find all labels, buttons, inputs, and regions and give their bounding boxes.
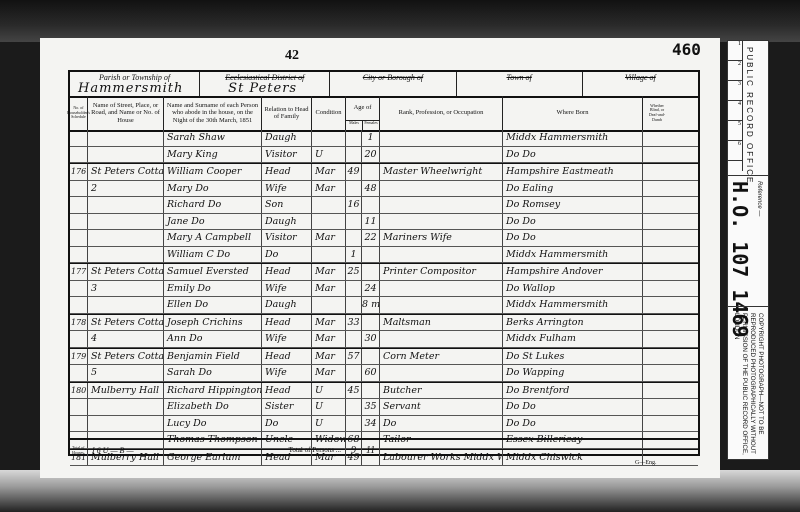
condition: U	[312, 147, 346, 163]
parish-value: Hammersmith	[78, 81, 183, 96]
address: 3	[88, 281, 164, 297]
houses-label: Total of Houses	[72, 445, 88, 455]
where-born: Do Do	[503, 416, 643, 432]
condition: Mar	[312, 164, 346, 180]
blind-deaf	[643, 264, 671, 280]
schedule-number	[70, 214, 88, 230]
female-age	[362, 247, 380, 263]
col-where-born: Where Born	[503, 96, 643, 130]
town-cell: Town of	[457, 72, 583, 96]
condition: Mar	[312, 230, 346, 246]
reference-label: Reference —	[756, 181, 762, 216]
address	[88, 297, 164, 313]
where-born: Hampshire Eastmeath	[503, 164, 643, 180]
person-name: Emily Do	[164, 281, 262, 297]
occupation	[380, 147, 503, 163]
female-age	[362, 349, 380, 365]
col-age: Age of Males Females	[346, 96, 380, 130]
occupation: Corn Meter	[380, 349, 503, 365]
schedule-number	[70, 297, 88, 313]
where-born: Do St Lukes	[503, 349, 643, 365]
census-row: 3 Emily Do Wife Mar 24 Do Wallop	[70, 281, 698, 298]
address	[88, 230, 164, 246]
col-occupation: Rank, Profession, or Occupation	[380, 96, 503, 130]
occupation	[380, 281, 503, 297]
female-age: 60	[362, 365, 380, 381]
schedule-number	[70, 130, 88, 146]
female-age	[362, 164, 380, 180]
person-name: Richard Hippington	[164, 383, 262, 399]
eccl-district-value: St Peters	[228, 81, 297, 96]
where-born: Middx Hammersmith	[503, 130, 643, 146]
where-born: Berks Arrington	[503, 315, 643, 331]
blind-deaf	[643, 399, 671, 415]
male-age	[346, 214, 362, 230]
condition	[312, 247, 346, 263]
address	[88, 130, 164, 146]
office-name: PUBLIC RECORD OFFICE	[745, 47, 754, 184]
col-relation: Relation to Head of Family	[262, 96, 312, 130]
occupation	[380, 247, 503, 263]
condition: Mar	[312, 264, 346, 280]
condition: Mar	[312, 365, 346, 381]
occupation: Printer Compositor	[380, 264, 503, 280]
male-age: 45	[346, 383, 362, 399]
totals-row: Total of Houses I 6 U — B — Total of Per…	[70, 438, 698, 460]
blind-deaf	[643, 349, 671, 365]
occupation: Butcher	[380, 383, 503, 399]
relation: Wife	[262, 365, 312, 381]
relation: Sister	[262, 399, 312, 415]
relation: Son	[262, 197, 312, 213]
city-label: City or Borough of	[330, 73, 455, 82]
person-name: Samuel Eversted	[164, 264, 262, 280]
occupation	[380, 197, 503, 213]
col-name: Name and Surname of each Person who abod…	[164, 96, 262, 130]
relation: Wife	[262, 181, 312, 197]
census-row: Richard Do Son 16 Do Romsey	[70, 197, 698, 214]
relation: Daugh	[262, 297, 312, 313]
col-males: Males	[346, 121, 363, 130]
where-born: Do Do	[503, 214, 643, 230]
person-name: Sarah Do	[164, 365, 262, 381]
person-name: William Cooper	[164, 164, 262, 180]
district-header: Parish or Township of Hammersmith Eccles…	[70, 72, 698, 98]
female-age: 1	[362, 130, 380, 146]
person-name: Mary A Campbell	[164, 230, 262, 246]
census-row: Jane Do Daugh 11 Do Do	[70, 214, 698, 231]
relation: Wife	[262, 331, 312, 347]
female-age	[362, 383, 380, 399]
census-row: 178 St Peters Cottage Joseph Crichins He…	[70, 314, 698, 332]
occupation	[380, 214, 503, 230]
blind-deaf	[643, 365, 671, 381]
where-born: Do Brentford	[503, 383, 643, 399]
occupation: Servant	[380, 399, 503, 415]
census-row: Mary A Campbell Visitor Mar 22 Mariners …	[70, 230, 698, 247]
scan-border-top	[0, 0, 800, 42]
schedule-number	[70, 230, 88, 246]
condition	[312, 214, 346, 230]
male-age	[346, 130, 362, 146]
female-age: 35	[362, 399, 380, 415]
male-age: 33	[346, 315, 362, 331]
where-born: Do Wallop	[503, 281, 643, 297]
relation: Visitor	[262, 147, 312, 163]
parish-cell: Parish or Township of Hammersmith	[70, 72, 200, 96]
address: St Peters Cottage	[88, 264, 164, 280]
address	[88, 247, 164, 263]
condition: Mar	[312, 349, 346, 365]
census-row: William C Do Do 1 Middx Hammersmith	[70, 247, 698, 264]
occupation	[380, 331, 503, 347]
occupation: Master Wheelwright	[380, 164, 503, 180]
address: 4	[88, 331, 164, 347]
condition: U	[312, 399, 346, 415]
record-office-label: 1 2 3 4 5 6 PUBLIC RECORD OFFICE Referen…	[727, 40, 769, 460]
person-name: Ann Do	[164, 331, 262, 347]
male-age	[346, 416, 362, 432]
blind-deaf	[643, 297, 671, 313]
female-age: 34	[362, 416, 380, 432]
blind-deaf	[643, 181, 671, 197]
person-name: William C Do	[164, 247, 262, 263]
occupation	[380, 365, 503, 381]
occupation	[380, 297, 503, 313]
address: St Peters Cottage	[88, 349, 164, 365]
person-name: Joseph Crichins	[164, 315, 262, 331]
male-age: 1	[346, 247, 362, 263]
village-cell: Village of	[583, 72, 698, 96]
col-females: Females	[363, 121, 379, 130]
where-born: Middx Hammersmith	[503, 297, 643, 313]
col-schedule: No. of Householder's Schedule	[70, 96, 88, 130]
condition: Mar	[312, 181, 346, 197]
condition: Mar	[312, 315, 346, 331]
female-age: 30	[362, 331, 380, 347]
eccl-district-cell: Ecclesiastical District of St Peters	[200, 72, 330, 96]
where-born: Do Ealing	[503, 181, 643, 197]
person-name: Benjamin Field	[164, 349, 262, 365]
females-total: 11	[362, 440, 380, 460]
schedule-number	[70, 247, 88, 263]
relation: Daugh	[262, 130, 312, 146]
folio-number: 460	[672, 40, 701, 59]
schedule-number	[70, 365, 88, 381]
col-blind: Whether Blind, or Deaf-and-Dumb	[643, 96, 671, 130]
where-born: Middx Fulham	[503, 331, 643, 347]
male-age: 16	[346, 197, 362, 213]
schedule-number	[70, 281, 88, 297]
condition	[312, 130, 346, 146]
census-row: 177 St Peters Cottage Samuel Eversted He…	[70, 263, 698, 281]
census-row: 180 Mulberry Hall Richard Hippington Hea…	[70, 382, 698, 400]
blind-deaf	[643, 247, 671, 263]
address	[88, 214, 164, 230]
male-age	[346, 365, 362, 381]
city-cell: City or Borough of	[330, 72, 456, 96]
blind-deaf	[643, 416, 671, 432]
schedule-number	[70, 147, 88, 163]
census-row: Lucy Do Do U 34 Do Do Do	[70, 416, 698, 433]
condition: U	[312, 383, 346, 399]
occupation	[380, 130, 503, 146]
census-row: 5 Sarah Do Wife Mar 60 Do Wapping	[70, 365, 698, 382]
female-age	[362, 315, 380, 331]
person-name: Lucy Do	[164, 416, 262, 432]
male-age	[346, 230, 362, 246]
blind-deaf	[643, 315, 671, 331]
blind-deaf	[643, 383, 671, 399]
male-age	[346, 297, 362, 313]
relation: Head	[262, 315, 312, 331]
blind-deaf	[643, 130, 671, 146]
person-name: Jane Do	[164, 214, 262, 230]
female-age: 20	[362, 147, 380, 163]
female-age: 11	[362, 214, 380, 230]
schedule-number: 176	[70, 164, 88, 180]
schedule-number	[70, 416, 88, 432]
address	[88, 197, 164, 213]
column-headers: No. of Householder's Schedule Name of St…	[70, 96, 698, 132]
census-row: Ellen Do Daugh 8 mo Middx Hammersmith	[70, 297, 698, 314]
census-page: 42 460 Parish or Township of Hammersmith…	[40, 38, 720, 478]
census-row: 4 Ann Do Wife Mar 30 Middx Fulham	[70, 331, 698, 348]
relation: Visitor	[262, 230, 312, 246]
village-label: Village of	[583, 73, 698, 82]
condition: Mar	[312, 331, 346, 347]
occupation: Mariners Wife	[380, 230, 503, 246]
schedule-number: 180	[70, 383, 88, 399]
census-row: Elizabeth Do Sister U 35 Servant Do Do	[70, 399, 698, 416]
schedule-number	[70, 399, 88, 415]
where-born: Do Wapping	[503, 365, 643, 381]
female-age: 24	[362, 281, 380, 297]
male-age: 49	[346, 164, 362, 180]
blind-deaf	[643, 331, 671, 347]
male-age	[346, 147, 362, 163]
address: St Peters Cottage	[88, 164, 164, 180]
female-age: 8 mo	[362, 297, 380, 313]
ruler: 1 2 3 4 5 6	[728, 41, 743, 171]
relation: Head	[262, 383, 312, 399]
condition	[312, 197, 346, 213]
where-born: Hampshire Andover	[503, 264, 643, 280]
schedule-number: 178	[70, 315, 88, 331]
male-age	[346, 281, 362, 297]
male-age: 57	[346, 349, 362, 365]
blind-deaf	[643, 230, 671, 246]
relation: Do	[262, 247, 312, 263]
census-table: Parish or Township of Hammersmith Eccles…	[68, 70, 700, 456]
person-name: Elizabeth Do	[164, 399, 262, 415]
address	[88, 416, 164, 432]
occupation	[380, 181, 503, 197]
person-name: Richard Do	[164, 197, 262, 213]
schedule-number	[70, 181, 88, 197]
address: Mulberry Hall	[88, 383, 164, 399]
census-row: 179 St Peters Cottage Benjamin Field Hea…	[70, 348, 698, 366]
blind-deaf	[643, 197, 671, 213]
male-age: 25	[346, 264, 362, 280]
male-age	[346, 399, 362, 415]
blind-deaf	[643, 281, 671, 297]
relation: Wife	[262, 281, 312, 297]
where-born: Do Romsey	[503, 197, 643, 213]
relation: Head	[262, 349, 312, 365]
relation: Head	[262, 164, 312, 180]
person-name: Sarah Shaw	[164, 130, 262, 146]
male-age	[346, 181, 362, 197]
condition	[312, 297, 346, 313]
where-born: Do Do	[503, 230, 643, 246]
col-address: Name of Street, Place, or Road, and Name…	[88, 96, 164, 130]
copyright-notice: COPYRIGHT PHOTOGRAPH—NOT TO BE REPRODUCE…	[732, 313, 764, 458]
col-age-label: Age of	[346, 96, 379, 121]
address: 5	[88, 365, 164, 381]
schedule-number: 177	[70, 264, 88, 280]
address	[88, 147, 164, 163]
page-number: 42	[285, 48, 299, 64]
person-name: Ellen Do	[164, 297, 262, 313]
census-row: 2 Mary Do Wife Mar 48 Do Ealing	[70, 181, 698, 198]
schedule-number: 179	[70, 349, 88, 365]
male-age	[346, 331, 362, 347]
female-age: 48	[362, 181, 380, 197]
blind-deaf	[643, 164, 671, 180]
where-born: Do Do	[503, 399, 643, 415]
houses-value: I 6 U — B —	[92, 446, 134, 455]
relation: Do	[262, 416, 312, 432]
houses-total: Total of Houses I 6 U — B —	[70, 440, 164, 460]
males-total: 9	[346, 440, 362, 460]
where-born: Middx Hammersmith	[503, 247, 643, 263]
schedule-number	[70, 331, 88, 347]
person-name: Mary King	[164, 147, 262, 163]
address	[88, 399, 164, 415]
where-born: Do Do	[503, 147, 643, 163]
female-age	[362, 264, 380, 280]
relation: Daugh	[262, 214, 312, 230]
schedule-number	[70, 197, 88, 213]
occupation: Do	[380, 416, 503, 432]
census-row: Sarah Shaw Daugh 1 Middx Hammersmith	[70, 130, 698, 147]
blind-deaf	[643, 214, 671, 230]
census-row: Mary King Visitor U 20 Do Do	[70, 147, 698, 164]
condition: U	[312, 416, 346, 432]
printer-mark: G—Eng.	[635, 460, 657, 466]
condition: Mar	[312, 281, 346, 297]
address: 2	[88, 181, 164, 197]
female-age	[362, 197, 380, 213]
relation: Head	[262, 264, 312, 280]
town-label: Town of	[457, 73, 582, 82]
female-age: 22	[362, 230, 380, 246]
address: St Peters Cottage	[88, 315, 164, 331]
col-condition: Condition	[312, 96, 346, 130]
census-rows: Sarah Shaw Daugh 1 Middx Hammersmith Mar…	[70, 130, 698, 466]
person-name: Mary Do	[164, 181, 262, 197]
occupation: Maltsman	[380, 315, 503, 331]
census-row: 176 St Peters Cottage William Cooper Hea…	[70, 163, 698, 181]
persons-label: Total of Persons ...	[164, 440, 346, 460]
blind-deaf	[643, 147, 671, 163]
